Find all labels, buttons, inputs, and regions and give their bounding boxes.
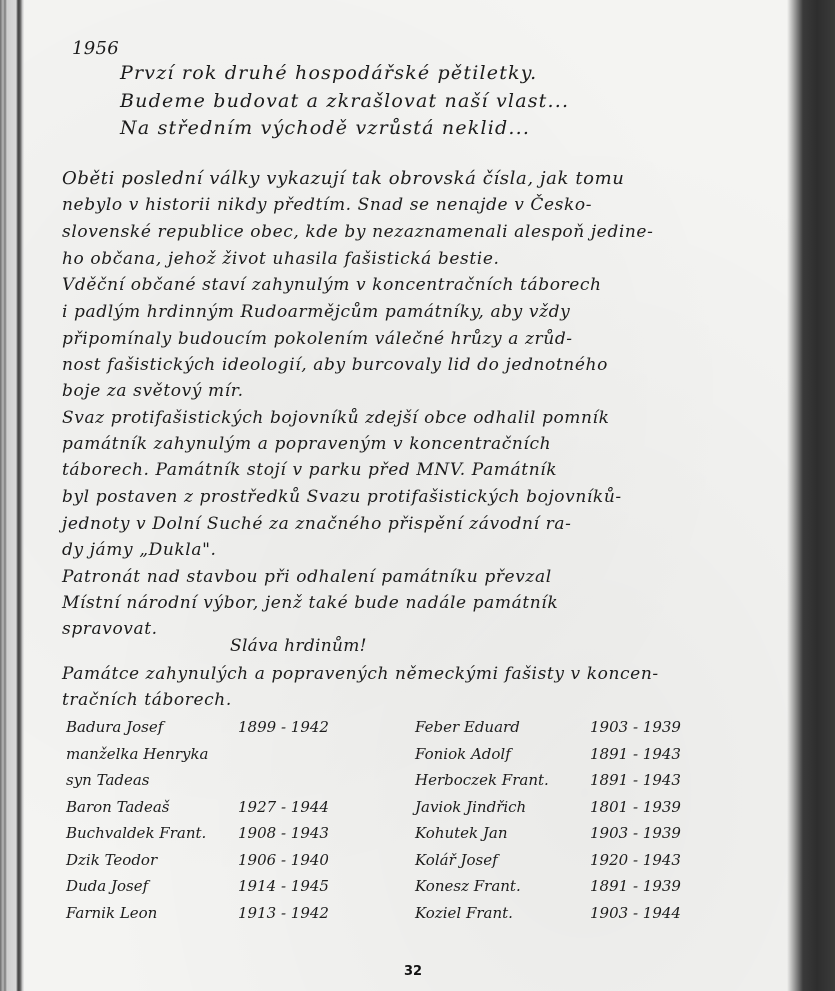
victim-name: Javiok Jindřich (415, 798, 526, 816)
paragraph-line: slovenské republice obec, kde by nezazna… (62, 222, 653, 242)
paragraph-line: nebylo v historii nikdy předtím. Snad se… (62, 195, 592, 215)
victim-name: Baron Tadeaš (66, 798, 170, 816)
scanned-page: 1956 Prvzí rok druhé hospodářské pětilet… (0, 0, 835, 991)
page-gutter-shadow (787, 0, 835, 991)
victim-dates: 1914 - 1945 (238, 877, 329, 895)
book-binding-edge (0, 0, 24, 991)
victim-name: Feber Eduard (415, 718, 520, 736)
victim-name: Duda Josef (66, 877, 148, 895)
paragraph-line: ho občana, jehož život uhasila fašistick… (62, 249, 500, 269)
victim-name: Badura Josef (66, 718, 163, 736)
victim-name: syn Tadeas (66, 771, 150, 789)
victim-dates: 1903 - 1939 (590, 824, 681, 842)
memorial-title: Sláva hrdinům! (230, 636, 367, 656)
victim-name: Koziel Frant. (415, 904, 513, 922)
year-heading: 1956 (72, 38, 119, 59)
paragraph-line: dy jámy „Dukla". (62, 540, 217, 560)
victim-name: Konesz Frant. (415, 877, 521, 895)
paragraph-line: památník zahynulým a popraveným v koncen… (62, 434, 551, 454)
victim-dates: 1903 - 1939 (590, 718, 681, 736)
motto-line: Na středním východě vzrůstá neklid... (120, 117, 530, 139)
victim-dates: 1899 - 1942 (238, 718, 329, 736)
victim-dates: 1908 - 1943 (238, 824, 329, 842)
victim-name: Kolář Josef (415, 851, 498, 869)
victim-name: Herboczek Frant. (415, 771, 549, 789)
victim-name: manželka Henryka (66, 745, 209, 763)
paragraph-line: nost fašistických ideologií, aby burcova… (62, 355, 608, 375)
victim-dates: 1903 - 1944 (590, 904, 681, 922)
paragraph-line: Patronát nad stavbou při odhalení památn… (62, 567, 552, 587)
victim-name: Kohutek Jan (415, 824, 508, 842)
paragraph-line: jednoty v Dolní Suché za značného přispě… (62, 514, 571, 534)
victim-dates: 1913 - 1942 (238, 904, 329, 922)
victim-dates: 1891 - 1939 (590, 877, 681, 895)
paragraph-line: připomínaly budoucím pokolením válečné h… (62, 329, 573, 349)
paragraph-line: Oběti poslední války vykazují tak obrovs… (62, 168, 624, 189)
victim-name: Foniok Adolf (415, 745, 511, 763)
paragraph-line: táborech. Památník stojí v parku před MN… (62, 460, 557, 480)
motto-line: Budeme budovat a zkrašlovat naší vlast..… (120, 90, 569, 112)
paragraph-line: byl postaven z prostředků Svazu protifaš… (62, 487, 622, 507)
paragraph-line: Vděční občané staví zahynulým v koncentr… (62, 275, 602, 295)
motto-line: Prvzí rok druhé hospodářské pětiletky. (120, 62, 537, 84)
victim-dates: 1927 - 1944 (238, 798, 329, 816)
victim-dates: 1920 - 1943 (590, 851, 681, 869)
victim-name: Dzik Teodor (66, 851, 157, 869)
victim-dates: 1801 - 1939 (590, 798, 681, 816)
victim-dates: 1891 - 1943 (590, 745, 681, 763)
victim-dates: 1906 - 1940 (238, 851, 329, 869)
victim-name: Farnik Leon (66, 904, 157, 922)
page-number: 32 (404, 964, 422, 979)
victim-dates: 1891 - 1943 (590, 771, 681, 789)
memorial-intro-line: tračních táborech. (62, 690, 232, 710)
paragraph-line: Svaz protifašistických bojovníků zdejší … (62, 408, 609, 428)
victim-name: Buchvaldek Frant. (66, 824, 206, 842)
paragraph-line: spravovat. (62, 619, 158, 639)
paragraph-line: Místní národní výbor, jenž také bude nad… (62, 593, 558, 613)
paragraph-line: i padlým hrdinným Rudoarmějcům památníky… (62, 302, 570, 322)
memorial-intro-line: Památce zahynulých a popravených německý… (62, 664, 659, 684)
paragraph-line: boje za světový mír. (62, 381, 244, 401)
